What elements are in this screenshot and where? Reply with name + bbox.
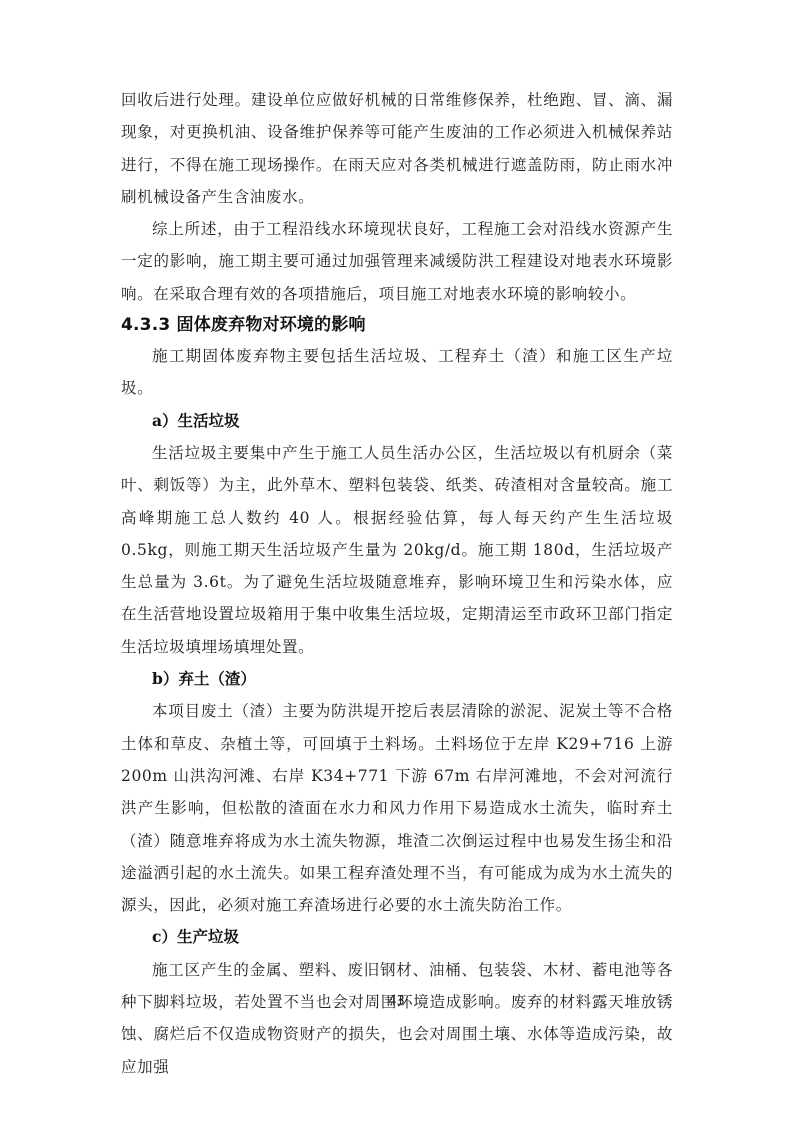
page-number: 43 xyxy=(0,994,793,1009)
subheading-domestic-waste: a）生活垃圾 xyxy=(121,405,673,437)
document-page: 回收后进行处理。建设单位应做好机械的日常维修保养，杜绝跑、冒、滴、漏现象，对更换… xyxy=(0,0,793,1122)
section-heading-solid-waste: 4.3.3 固体废弃物对环境的影响 xyxy=(121,310,673,340)
subheading-spoil-soil: b）弃土（渣） xyxy=(121,663,673,695)
page-content: 回收后进行处理。建设单位应做好机械的日常维修保养，杜绝跑、冒、滴、漏现象，对更换… xyxy=(121,84,673,1083)
paragraph-oil-waste-handling: 回收后进行处理。建设单位应做好机械的日常维修保养，杜绝跑、冒、滴、漏现象，对更换… xyxy=(121,84,673,213)
paragraph-domestic-waste: 生活垃圾主要集中产生于施工人员生活办公区，生活垃圾以有机厨余（菜叶、剩饭等）为主… xyxy=(121,437,673,663)
paragraph-production-waste: 施工区产生的金属、塑料、废旧钢材、油桶、包装袋、木材、蓄电池等各种下脚料垃圾，若… xyxy=(121,954,673,1083)
paragraph-water-summary: 综上所述，由于工程沿线水环境现状良好，工程施工会对沿线水资源产生一定的影响，施工… xyxy=(121,213,673,310)
paragraph-solid-waste-intro: 施工期固体废弃物主要包括生活垃圾、工程弃土（渣）和施工区生产垃圾。 xyxy=(121,340,673,405)
subheading-production-waste: c）生产垃圾 xyxy=(121,921,673,953)
paragraph-spoil-soil: 本项目废土（渣）主要为防洪堤开挖后表层清除的淤泥、泥炭土等不合格土体和草皮、杂植… xyxy=(121,695,673,921)
